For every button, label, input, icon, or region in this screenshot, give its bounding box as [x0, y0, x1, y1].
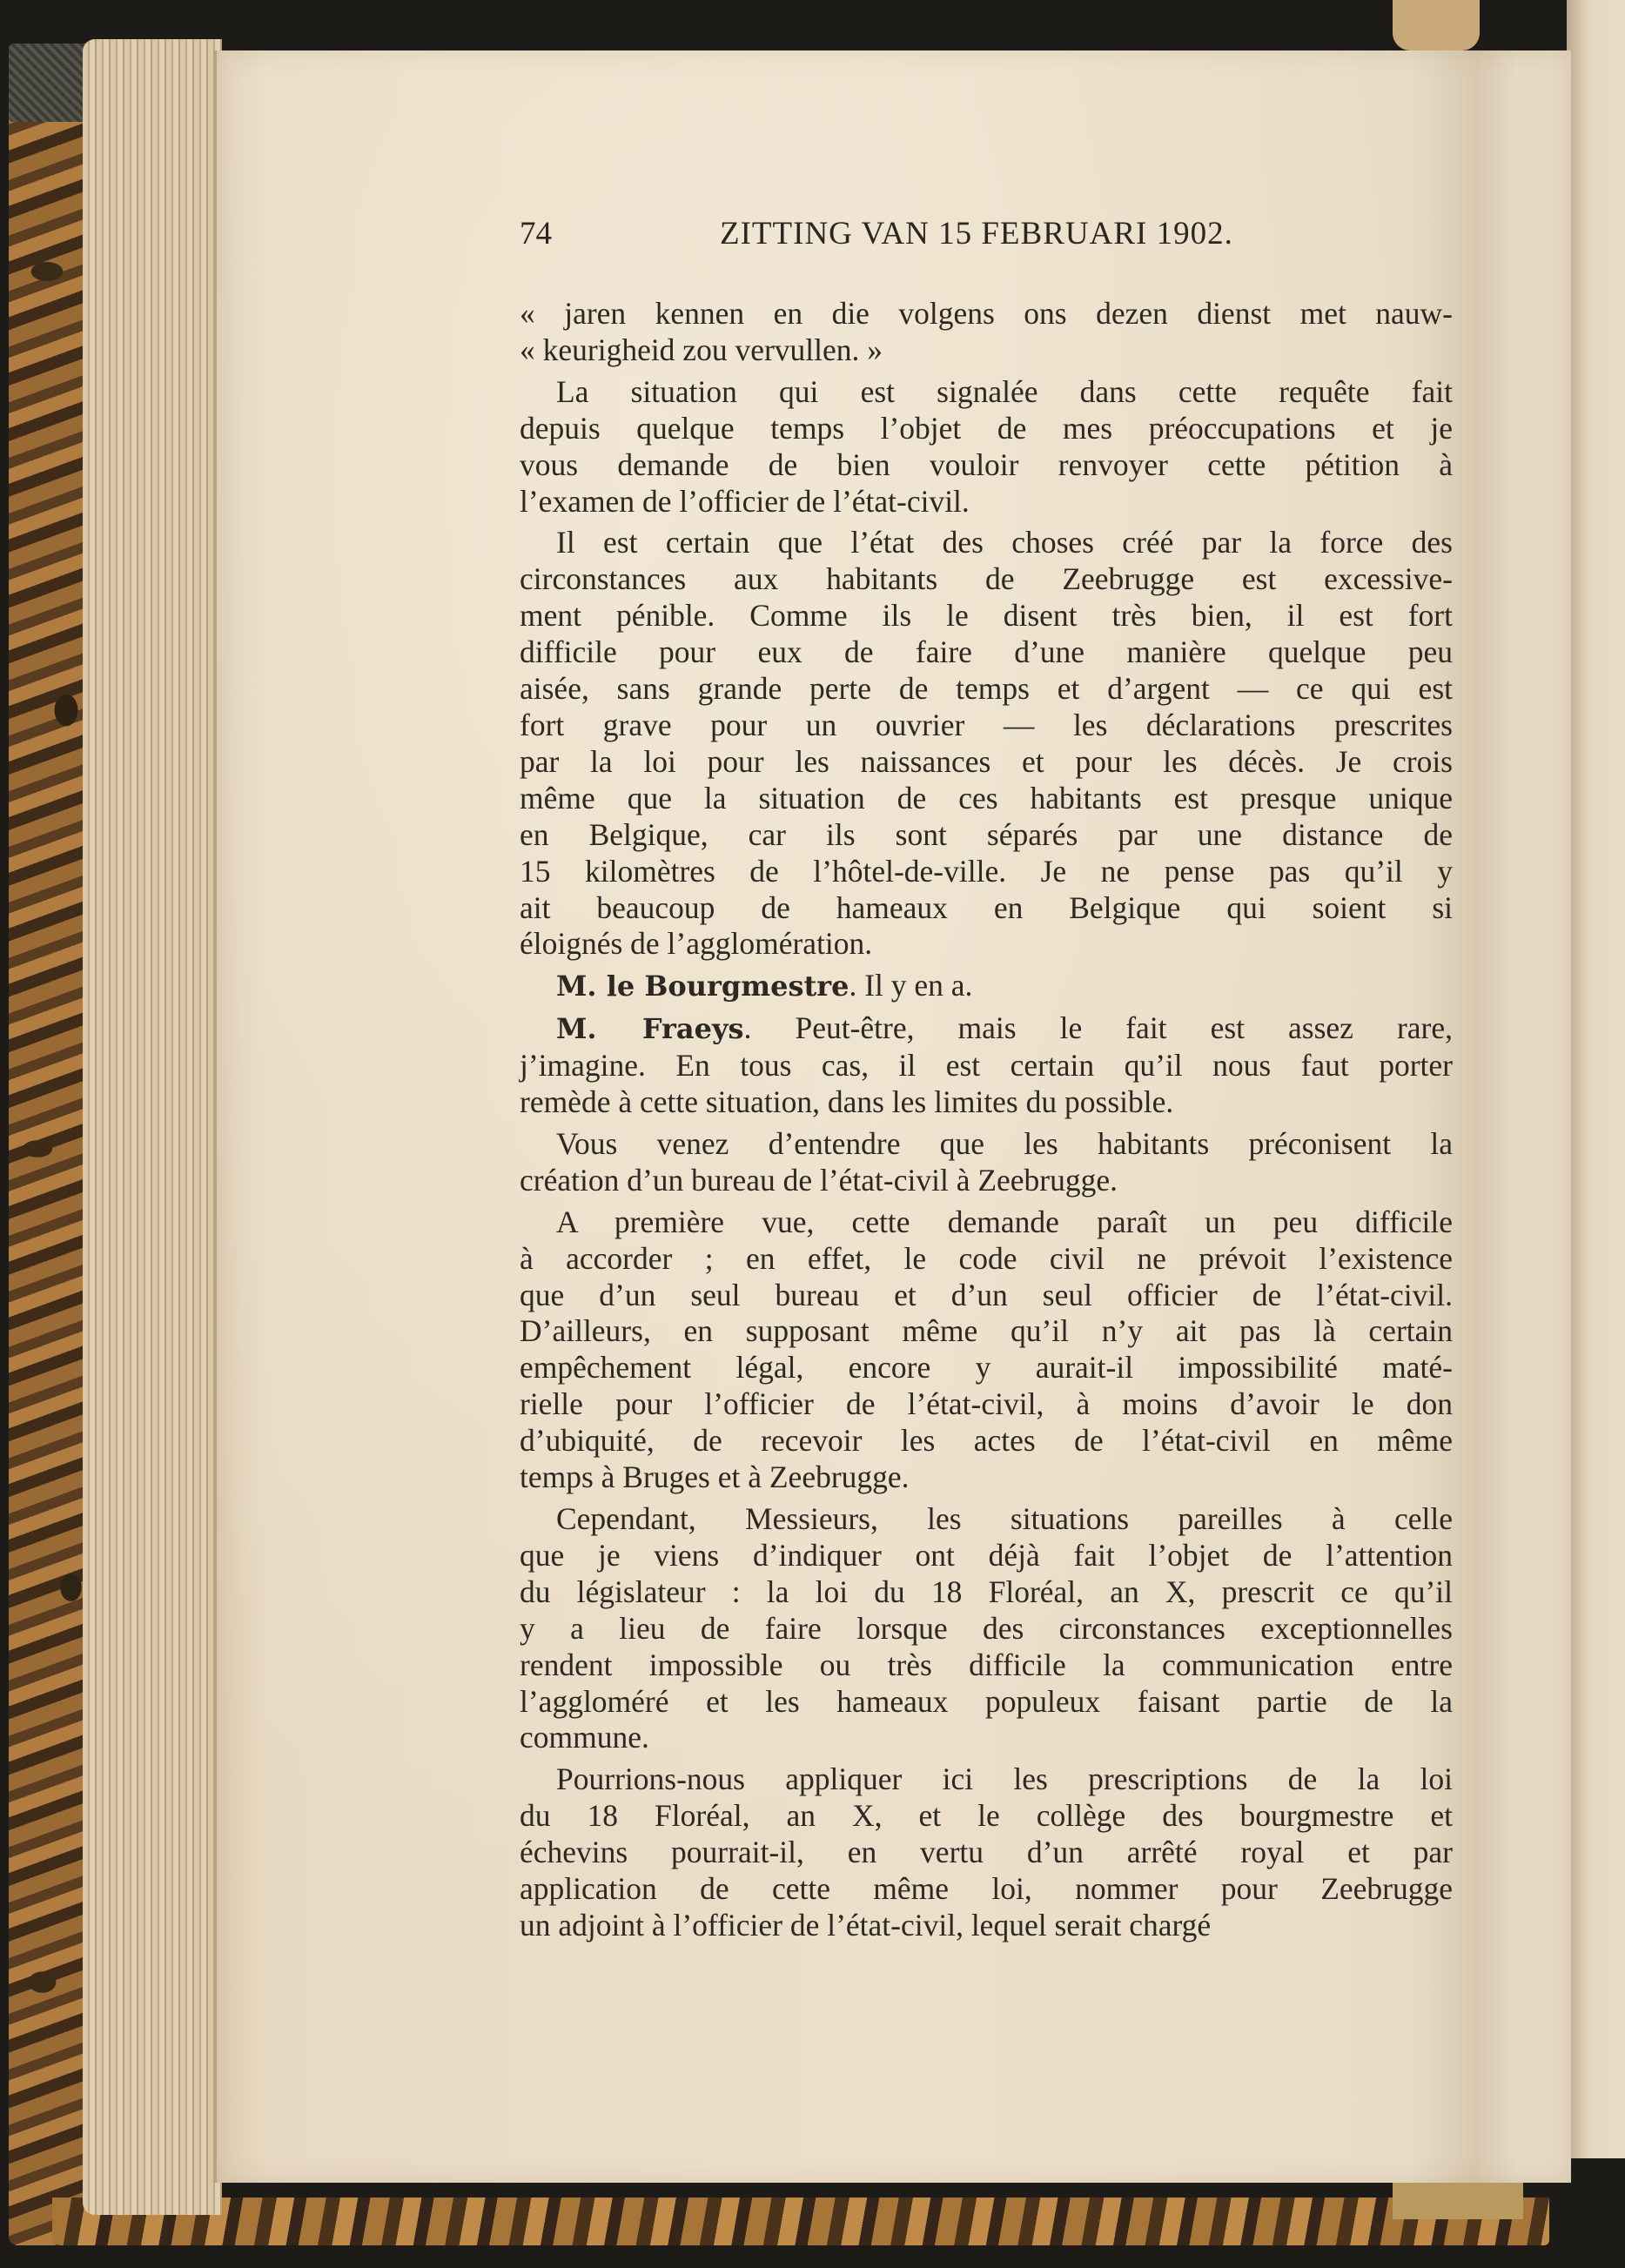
next-page-edge: [1567, 0, 1625, 2158]
text-line: A première vue, cette demande paraît un …: [520, 1204, 1453, 1241]
speaker-name: M. Fraeys: [556, 1012, 744, 1045]
line-text: . Peut-être, mais le fait est assez rare…: [744, 1010, 1453, 1045]
line-text: D’ailleurs, en supposant même qu’il n’y …: [520, 1313, 1453, 1348]
text-line: en Belgique, car ils sont séparés par un…: [520, 817, 1453, 854]
line-text: d’ubiquité, de recevoir les actes de l’é…: [520, 1423, 1453, 1458]
paragraph: Vous venez d’entendre que les habitants …: [520, 1126, 1453, 1199]
line-text: que je viens d’indiquer ont déjà fait l’…: [520, 1538, 1453, 1573]
line-text: à accorder ; en effet, le code civil ne …: [520, 1241, 1453, 1276]
text-line: ait beaucoup de hameaux en Belgique qui …: [520, 890, 1453, 927]
text-line: depuis quelque temps l’objet de mes préo…: [520, 411, 1453, 447]
text-line: Vous venez d’entendre que les habitants …: [520, 1126, 1453, 1163]
paragraph: Cependant, Messieurs, les situations par…: [520, 1501, 1453, 1756]
text-line: aisée, sans grande perte de temps et d’a…: [520, 671, 1453, 708]
line-text: A première vue, cette demande paraît un …: [556, 1204, 1453, 1239]
line-text: commune.: [520, 1720, 649, 1755]
line-text: l’examen de l’officier de l’état-civil.: [520, 484, 970, 519]
line-text: difficile pour eux de faire d’une manièr…: [520, 634, 1453, 669]
paragraph: « jaren kennen en die volgens ons dezen …: [520, 296, 1453, 369]
text-line: du législateur : la loi du 18 Floréal, a…: [520, 1574, 1453, 1611]
speaker-paragraph: M. le Bourgmestre. Il y en a.: [520, 968, 1453, 1005]
text-line: l’examen de l’officier de l’état-civil.: [520, 484, 1453, 520]
line-text: rendent impossible ou très difficile la …: [520, 1647, 1453, 1682]
text-line: temps à Bruges et à Zeebrugge.: [520, 1459, 1453, 1496]
header-title: ZITTING VAN 15 FEBRUARI 1902.: [720, 215, 1233, 252]
text-line: La situation qui est signalée dans cette…: [520, 374, 1453, 411]
text-line: circonstances aux habitants de Zeebrugge…: [520, 561, 1453, 598]
text-line: application de cette même loi, nommer po…: [520, 1871, 1453, 1908]
line-text: création d’un bureau de l’état-civil à Z…: [520, 1163, 1118, 1198]
line-text: éloignés de l’agglomération.: [520, 926, 872, 961]
text-line: D’ailleurs, en supposant même qu’il n’y …: [520, 1313, 1453, 1350]
text-line: que d’un seul bureau et d’un seul offici…: [520, 1278, 1453, 1314]
line-text: depuis quelque temps l’objet de mes préo…: [520, 411, 1453, 446]
text-line: empêchement légal, encore y aurait-il im…: [520, 1350, 1453, 1386]
text-line: M. le Bourgmestre. Il y en a.: [520, 968, 1453, 1005]
page-gutter-edge: [213, 50, 217, 2183]
paragraph: La situation qui est signalée dans cette…: [520, 374, 1453, 520]
text-line: rendent impossible ou très difficile la …: [520, 1647, 1453, 1684]
line-text: par la loi pour les naissances et pour l…: [520, 744, 1453, 779]
text-line: vous demande de bien vouloir renvoyer ce…: [520, 447, 1453, 484]
line-text: circonstances aux habitants de Zeebrugge…: [520, 561, 1453, 596]
line-text: Cependant, Messieurs, les situations par…: [556, 1501, 1453, 1536]
text-line: éloignés de l’agglomération.: [520, 926, 1453, 963]
text-line: un adjoint à l’officier de l’état-civil,…: [520, 1908, 1453, 1944]
text-line: à accorder ; en effet, le code civil ne …: [520, 1241, 1453, 1278]
line-text: 15 kilomètres de l’hôtel-de-ville. Je ne…: [520, 854, 1453, 889]
speaker-paragraph: M. Fraeys. Peut-être, mais le fait est a…: [520, 1010, 1453, 1121]
text-line: que je viens d’indiquer ont déjà fait l’…: [520, 1538, 1453, 1574]
line-text: l’aggloméré et les hameaux populeux fais…: [520, 1684, 1453, 1719]
text-line: j’imagine. En tous cas, il est certain q…: [520, 1048, 1453, 1084]
line-text: Pourrions-nous appliquer ici les prescri…: [556, 1761, 1453, 1796]
text-line: échevins pourrait-il, en vertu d’un arrê…: [520, 1835, 1453, 1871]
line-text: Il est certain que l’état des choses cré…: [556, 525, 1453, 560]
text-line: 15 kilomètres de l’hôtel-de-ville. Je ne…: [520, 854, 1453, 890]
line-text: rielle pour l’officier de l’état-civil, …: [520, 1386, 1453, 1421]
text-line: remède à cette situation, dans les limit…: [520, 1084, 1453, 1121]
line-text: même que la situation de ces habitants e…: [520, 781, 1453, 815]
paragraph: Il est certain que l’état des choses cré…: [520, 525, 1453, 963]
line-text: que d’un seul bureau et d’un seul offici…: [520, 1278, 1453, 1312]
line-text: temps à Bruges et à Zeebrugge.: [520, 1459, 910, 1494]
body-text: « jaren kennen en die volgens ons dezen …: [520, 296, 1453, 1949]
line-text: empêchement légal, encore y aurait-il im…: [520, 1350, 1453, 1385]
text-line: Il est certain que l’état des choses cré…: [520, 525, 1453, 561]
text-line: l’aggloméré et les hameaux populeux fais…: [520, 1684, 1453, 1721]
line-text: échevins pourrait-il, en vertu d’un arrê…: [520, 1835, 1453, 1869]
book-cover-bottom-marbled: [52, 2198, 1549, 2245]
speaker-name: M. le Bourgmestre: [556, 970, 849, 1003]
line-text: vous demande de bien vouloir renvoyer ce…: [520, 447, 1453, 482]
line-text: La situation qui est signalée dans cette…: [556, 374, 1453, 409]
line-text: du législateur : la loi du 18 Floréal, a…: [520, 1574, 1453, 1609]
text-line: d’ubiquité, de recevoir les actes de l’é…: [520, 1423, 1453, 1459]
line-text: ait beaucoup de hameaux en Belgique qui …: [520, 890, 1453, 925]
text-line: Pourrions-nous appliquer ici les prescri…: [520, 1761, 1453, 1798]
text-line: « jaren kennen en die volgens ons dezen …: [520, 296, 1453, 332]
text-line: M. Fraeys. Peut-être, mais le fait est a…: [520, 1010, 1453, 1048]
line-text: ment pénible. Comme ils le disent très b…: [520, 598, 1453, 633]
text-line: création d’un bureau de l’état-civil à Z…: [520, 1163, 1453, 1199]
text-line: commune.: [520, 1720, 1453, 1756]
line-text: aisée, sans grande perte de temps et d’a…: [520, 671, 1453, 706]
page-number: 74: [520, 215, 552, 252]
running-head: 74 ZITTING VAN 15 FEBRUARI 1902.: [520, 215, 1455, 258]
line-text: remède à cette situation, dans les limit…: [520, 1084, 1173, 1119]
text-line: ment pénible. Comme ils le disent très b…: [520, 598, 1453, 634]
text-line: fort grave pour un ouvrier — les déclara…: [520, 708, 1453, 744]
line-text: application de cette même loi, nommer po…: [520, 1871, 1453, 1906]
text-line: rielle pour l’officier de l’état-civil, …: [520, 1386, 1453, 1423]
line-text: un adjoint à l’officier de l’état-civil,…: [520, 1908, 1211, 1943]
line-text: . Il y en a.: [849, 968, 972, 1003]
line-text: en Belgique, car ils sont séparés par un…: [520, 817, 1453, 852]
text-line: difficile pour eux de faire d’une manièr…: [520, 634, 1453, 671]
paragraph: Pourrions-nous appliquer ici les prescri…: [520, 1761, 1453, 1944]
line-text: du 18 Floréal, an X, et le collège des b…: [520, 1798, 1453, 1833]
text-line: y a lieu de faire lorsque des circonstan…: [520, 1611, 1453, 1647]
text-line: même que la situation de ces habitants e…: [520, 781, 1453, 817]
line-text: Vous venez d’entendre que les habitants …: [556, 1126, 1453, 1161]
line-text: fort grave pour un ouvrier — les déclara…: [520, 708, 1453, 742]
line-text: « jaren kennen en die volgens ons dezen …: [520, 296, 1453, 331]
line-text: j’imagine. En tous cas, il est certain q…: [520, 1048, 1453, 1083]
text-line: du 18 Floréal, an X, et le collège des b…: [520, 1798, 1453, 1835]
stacked-page-edges: [83, 39, 222, 2215]
line-text: « keurigheid zou vervullen. »: [520, 332, 883, 367]
text-line: par la loi pour les naissances et pour l…: [520, 744, 1453, 781]
text-line: Cependant, Messieurs, les situations par…: [520, 1501, 1453, 1538]
paragraph: A première vue, cette demande paraît un …: [520, 1204, 1453, 1496]
text-line: « keurigheid zou vervullen. »: [520, 332, 1453, 369]
page-fold-top: [1393, 0, 1480, 50]
line-text: y a lieu de faire lorsque des circonstan…: [520, 1611, 1453, 1646]
